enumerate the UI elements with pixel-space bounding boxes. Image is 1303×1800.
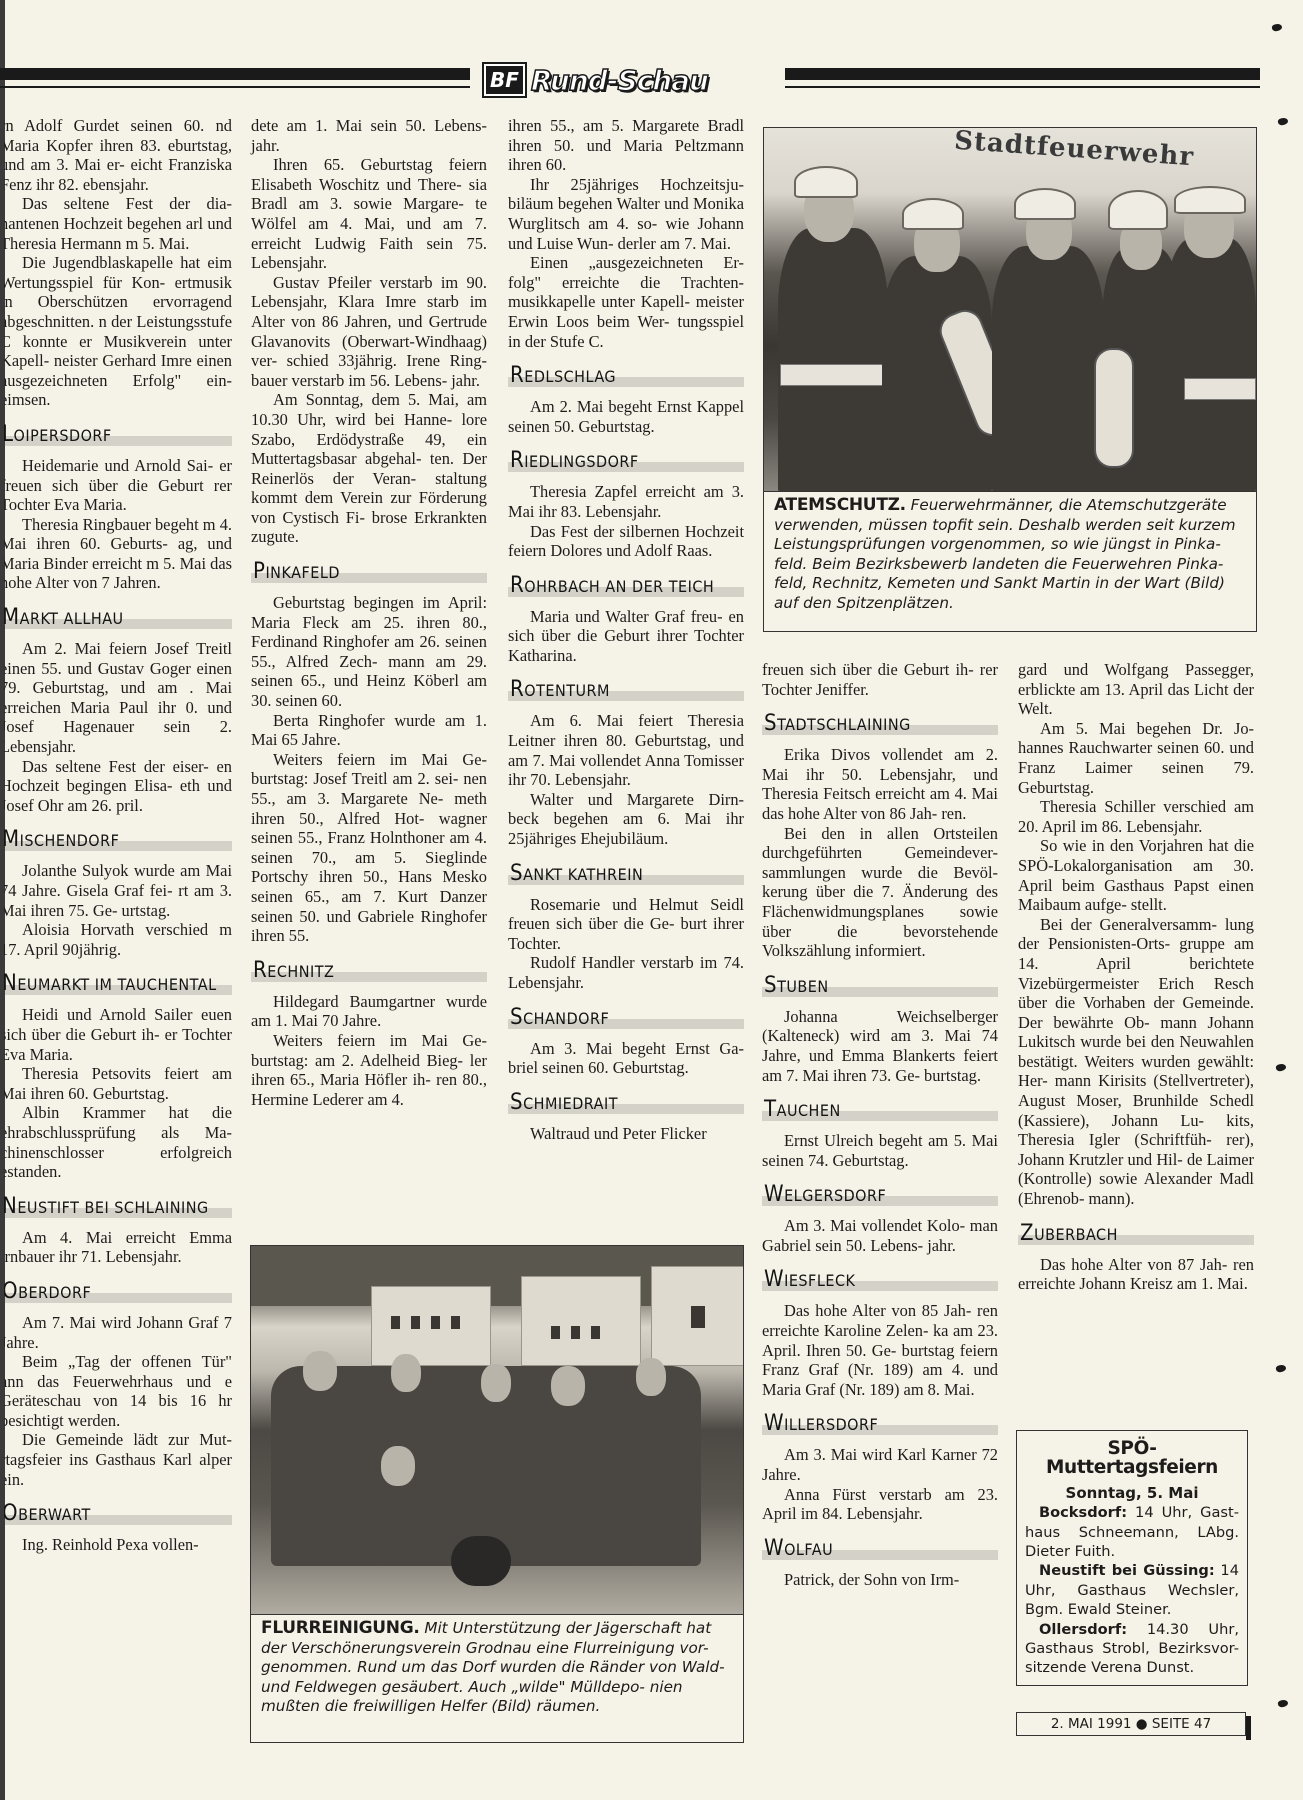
paragraph: Am 5. Mai begehen Dr. Jo- hannes Rauchwa… <box>1018 719 1254 797</box>
heading-wolfau: Wolfau <box>762 1536 998 1562</box>
paragraph: Am 3. Mai begeht Ernst Ga- briel seinen … <box>508 1039 744 1078</box>
spo-muttertag-box: SPÖ-Muttertagsfeiern Sonntag, 5. Mai Boc… <box>1016 1430 1248 1686</box>
paragraph: Am 2. Mai begeht Ernst Kappel seinen 50.… <box>508 397 744 436</box>
print-mark-icon <box>1275 1063 1286 1072</box>
paragraph: Am 7. Mai wird Johann Graf 7 Jahre. <box>4 1313 232 1352</box>
caption-lead: FLURREINIGUNG. <box>261 1618 420 1638</box>
paragraph: Bei der Generalversamm- lung der Pension… <box>1018 915 1254 1209</box>
box-title: SPÖ-Muttertagsfeiern <box>1025 1439 1239 1478</box>
paragraph: Johanna Weichselberger (Kalteneck) wird … <box>762 1007 998 1085</box>
paragraph: Aloisia Horvath verschied m 17. April 90… <box>4 920 232 959</box>
paragraph: Berta Ringhofer wurde am 1. Mai 65 Jahre… <box>251 711 487 750</box>
section-logo: BF Rund-Schau <box>484 62 774 98</box>
box-subtitle: Sonntag, 5. Mai <box>1025 1484 1239 1503</box>
heading-riedlingsdorf: Riedlingsdorf <box>508 448 744 474</box>
paragraph: Das seltene Fest der eiser- en Hochzeit … <box>4 757 232 816</box>
paragraph: Beim „Tag der offenen Tür" ann das Feuer… <box>4 1352 232 1430</box>
paragraph: Erika Divos vollendet am 2. Mai ihr 50. … <box>762 745 998 823</box>
figure <box>780 364 886 386</box>
paragraph: Die Jugendblaskapelle hat eim Wertungssp… <box>4 253 232 410</box>
heading-oberdorf: Oberdorf <box>4 1279 232 1305</box>
helmet-icon <box>794 166 858 198</box>
event-place: Ollersdorf: <box>1039 1621 1127 1638</box>
caption-lead: ATEMSCHUTZ. <box>774 495 906 515</box>
paragraph: Am 6. Mai feiert Theresia Leitner ihren … <box>508 711 744 789</box>
paragraph: Waltraud und Peter Flicker <box>508 1124 744 1144</box>
paragraph: ihren 55., am 5. Margarete Bradl ihren 5… <box>508 116 744 175</box>
figure <box>303 1351 337 1391</box>
figure <box>381 1446 415 1486</box>
paragraph: Das seltene Fest der dia- nantenen Hochz… <box>4 194 232 253</box>
paragraph: Ihr 25jähriges Hochzeitsju- biläum begeh… <box>508 175 744 253</box>
helmet-icon <box>1174 186 1246 214</box>
column-3: ihren 55., am 5. Margarete Bradl ihren 5… <box>508 116 744 1143</box>
heading-loipersdorf: Loipersdorf <box>4 422 232 448</box>
dog <box>451 1536 511 1586</box>
heading-stadtschlaining: Stadtschlaining <box>762 711 998 737</box>
heading-zuberbach: Zuberbach <box>1018 1221 1254 1247</box>
paragraph: Am Sonntag, dem 5. Mai, am 10.30 Uhr, wi… <box>251 390 487 547</box>
figure <box>1184 378 1256 400</box>
paragraph: freuen sich über die Geburt ih- rer Toch… <box>762 660 998 699</box>
paragraph: Ernst Ulreich begeht am 5. Mai seinen 74… <box>762 1131 998 1170</box>
event-entry: Bocksdorf: 14 Uhr, Gast- haus Schneemann… <box>1025 1503 1239 1561</box>
paragraph: Maria und Walter Graf freu- en sich über… <box>508 607 744 666</box>
print-mark-icon <box>1277 1699 1288 1708</box>
heading-schandorf: Schandorf <box>508 1005 744 1031</box>
paragraph: Am 2. Mai feiern Josef Treitl einen 55. … <box>4 639 232 757</box>
heading-rechnitz: Rechnitz <box>251 958 487 984</box>
paragraph: Rudolf Handler verstarb im 74. Lebensjah… <box>508 953 744 992</box>
heading-oberwart: Oberwart <box>4 1501 232 1527</box>
figure <box>481 1364 511 1402</box>
paragraph: Patrick, der Sohn von Irm- <box>762 1570 998 1590</box>
helmet-icon <box>1108 190 1168 230</box>
paragraph: Die Gemeinde lädt zur Mut- rtagsfeier in… <box>4 1430 232 1489</box>
figure <box>551 1366 585 1406</box>
heading-neustift-bei-schlaining: Neustift bei Schlaining <box>4 1194 232 1220</box>
masthead-thin-rule-left <box>0 86 470 88</box>
paragraph: Anna Fürst verstarb am 23. April im 84. … <box>762 1485 998 1524</box>
figure <box>992 246 1104 492</box>
figure <box>1164 238 1256 492</box>
paragraph: Das hohe Alter von 87 Jah- ren erreichte… <box>1018 1255 1254 1294</box>
photo-caption-atemschutz: ATEMSCHUTZ. Feuerwehrmänner, die Atemsch… <box>763 492 1257 632</box>
paragraph: rn Adolf Gurdet seinen 60. nd Maria Kopf… <box>4 116 232 194</box>
column-5: gard und Wolfgang Passegger, erblickte a… <box>1018 660 1254 1294</box>
paragraph: Theresia Schiller verschied am 20. April… <box>1018 797 1254 836</box>
column-1: rn Adolf Gurdet seinen 60. nd Maria Kopf… <box>4 116 232 1555</box>
page-footer-date: 2. MAI 1991 ● SEITE 47 <box>1016 1712 1246 1736</box>
event-place: Neustift bei Güssing: <box>1039 1562 1215 1579</box>
heading-pinkafeld: Pinkafeld <box>251 559 487 585</box>
event-entry: Ollersdorf: 14.30 Uhr, Gasthaus Strobl, … <box>1025 1620 1239 1678</box>
bf-logo-badge: BF <box>484 64 525 96</box>
event-entry: Neustift bei Güssing: 14 Uhr, Gasthaus W… <box>1025 1561 1239 1619</box>
helmet-icon <box>1014 188 1076 220</box>
column-4: freuen sich über die Geburt ih- rer Toch… <box>762 660 998 1589</box>
paragraph: Theresia Ringbauer begeht m 4. Mai ihren… <box>4 515 232 593</box>
photo-flurreinigung-group <box>250 1245 744 1615</box>
air-tank-icon <box>1094 348 1134 468</box>
masthead-thin-rule-right <box>785 86 1260 88</box>
paragraph: Bei den in allen Ortsteilen durchgeführt… <box>762 824 998 961</box>
paragraph: Weiters feiern im Mai Ge- burtstag: Jose… <box>251 750 487 946</box>
masthead-rule-left <box>0 68 470 80</box>
paragraph: Theresia Zapfel erreicht am 3. Mai ihr 8… <box>508 482 744 521</box>
figure <box>391 1354 421 1392</box>
heading-rohrbach-an-der-teich: Rohrbach an der Teich <box>508 573 744 599</box>
building <box>521 1276 641 1366</box>
print-mark-icon <box>1275 1364 1286 1373</box>
heading-rotenturm: Rotenturm <box>508 677 744 703</box>
paragraph: Heidi und Arnold Sailer euen sich über d… <box>4 1005 232 1064</box>
heading-schmiedrait: Schmiedrait <box>508 1090 744 1116</box>
paragraph: So wie in den Vorjahren hat die SPÖ-Loka… <box>1018 836 1254 914</box>
footer-shadow <box>1246 1716 1251 1740</box>
paragraph: Gustav Pfeiler verstarb im 90. Lebensjah… <box>251 273 487 391</box>
paragraph: Das Fest der silbernen Hochzeit feiern D… <box>508 522 744 561</box>
paragraph: gard und Wolfgang Passegger, erblickte a… <box>1018 660 1254 719</box>
column-2: dete am 1. Mai sein 50. Lebens- jahr. Ih… <box>251 116 487 1109</box>
paragraph: Ing. Reinhold Pexa vollen- <box>4 1535 232 1555</box>
paragraph: Heidemarie und Arnold Sai- er freuen sic… <box>4 456 232 515</box>
paragraph: Weiters feiern im Mai Ge- burtstag: am 2… <box>251 1031 487 1109</box>
heading-redlschlag: Redlschlag <box>508 363 744 389</box>
masthead: BF Rund-Schau <box>0 62 1260 98</box>
heading-sankt-kathrein: Sankt Kathrein <box>508 861 744 887</box>
heading-mischendorf: Mischendorf <box>4 827 232 853</box>
heading-welgersdorf: Welgersdorf <box>762 1182 998 1208</box>
paragraph: Rosemarie und Helmut Seidl freuen sich ü… <box>508 895 744 954</box>
paragraph: Albin Krammer hat die ehrabschlussprüfun… <box>4 1103 232 1181</box>
masthead-rule-right <box>785 68 1260 80</box>
paragraph: Am 4. Mai erreicht Emma irnbauer ihr 71.… <box>4 1228 232 1267</box>
section-title: Rund-Schau <box>531 64 708 97</box>
paragraph: Am 3. Mai vollendet Kolo- man Gabriel se… <box>762 1216 998 1255</box>
heading-stuben: Stuben <box>762 973 998 999</box>
photo-firefighters: Stadtfeuerwehr <box>763 127 1257 492</box>
paragraph: Jolanthe Sulyok wurde am Mai 74 Jahre. G… <box>4 861 232 920</box>
photo-caption-flurreinigung: FLURREINIGUNG. Mit Unterstützung der Jäg… <box>250 1615 744 1743</box>
heading-tauchen: Tauchen <box>762 1097 998 1123</box>
paragraph: Walter und Margarete Dirn- beck begehen … <box>508 790 744 849</box>
photo-sign-text: Stadtfeuerwehr <box>953 127 1195 172</box>
event-place: Bocksdorf: <box>1039 1504 1127 1521</box>
paragraph: Das hohe Alter von 85 Jah- ren erreichte… <box>762 1301 998 1399</box>
print-mark-icon <box>1277 117 1288 126</box>
paragraph: Geburtstag begingen im April: Maria Flec… <box>251 593 487 711</box>
heading-wiesfleck: Wiesfleck <box>762 1267 998 1293</box>
paragraph: dete am 1. Mai sein 50. Lebens- jahr. <box>251 116 487 155</box>
heading-willersdorf: Willersdorf <box>762 1411 998 1437</box>
figure <box>778 228 888 492</box>
helmet-icon <box>902 198 964 230</box>
figure <box>636 1358 666 1396</box>
heading-neumarkt-im-tauchental: Neumarkt im Tauchental <box>4 971 232 997</box>
paragraph: Einen „ausgezeichneten Er- folg" erreich… <box>508 253 744 351</box>
paragraph: Am 3. Mai wird Karl Karner 72 Jahre. <box>762 1445 998 1484</box>
paragraph: Theresia Petsovits feiert am Mai ihren 6… <box>4 1064 232 1103</box>
paragraph: Hildegard Baumgartner wurde am 1. Mai 70… <box>251 992 487 1031</box>
print-mark-icon <box>1271 23 1282 32</box>
heading-markt-allhau: Markt Allhau <box>4 605 232 631</box>
paragraph: Ihren 65. Geburtstag feiern Elisabeth Wo… <box>251 155 487 273</box>
